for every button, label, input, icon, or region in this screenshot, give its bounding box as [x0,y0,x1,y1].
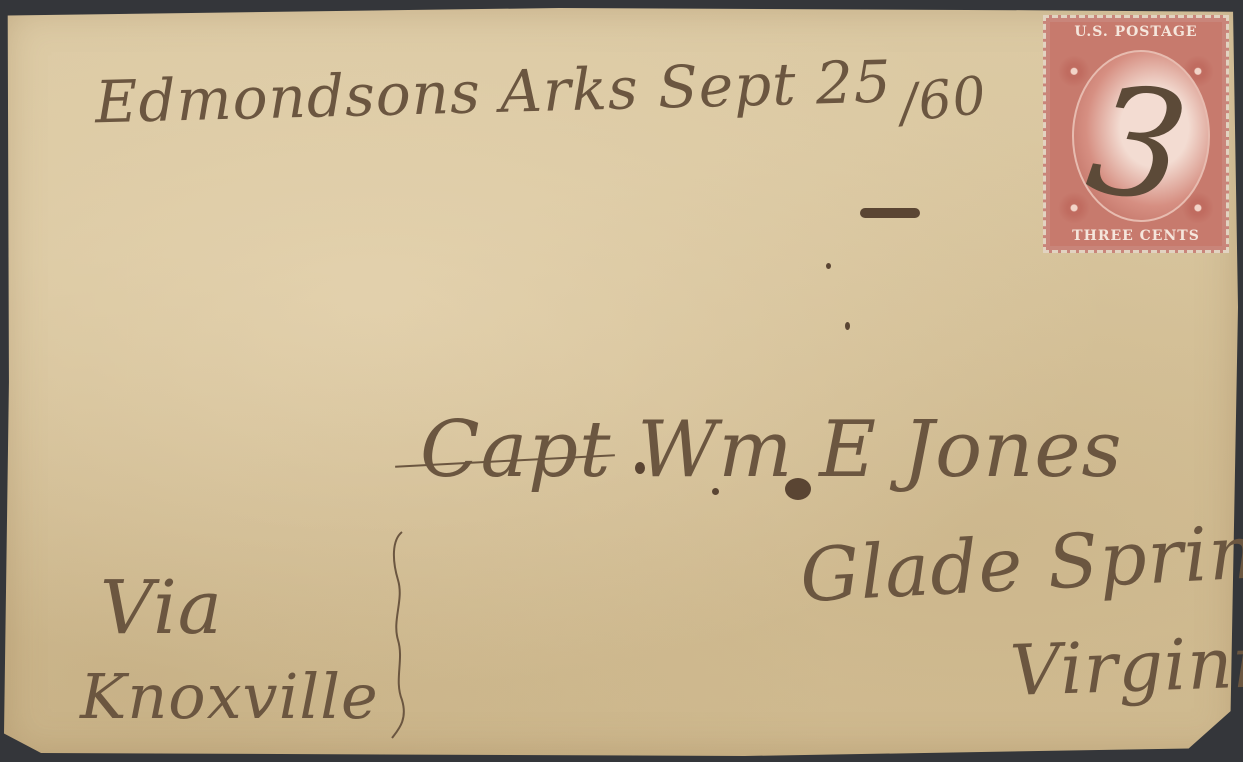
ink-blot [635,462,645,474]
ink-blot [826,263,831,269]
ink-blot [860,208,920,218]
routing-city: Knoxville [80,660,379,733]
ink-blot [785,478,811,500]
addressee-name: Capt Wm E Jones [420,405,1123,495]
brace-mark [388,530,410,740]
ink-blot [712,488,719,495]
ink-blot [845,322,850,330]
stamp-top-text: U.S. POSTAGE [1050,24,1222,40]
routing-via: Via [100,565,223,651]
date-year: /60 [897,66,989,135]
address-state: Virginia [1009,620,1243,712]
